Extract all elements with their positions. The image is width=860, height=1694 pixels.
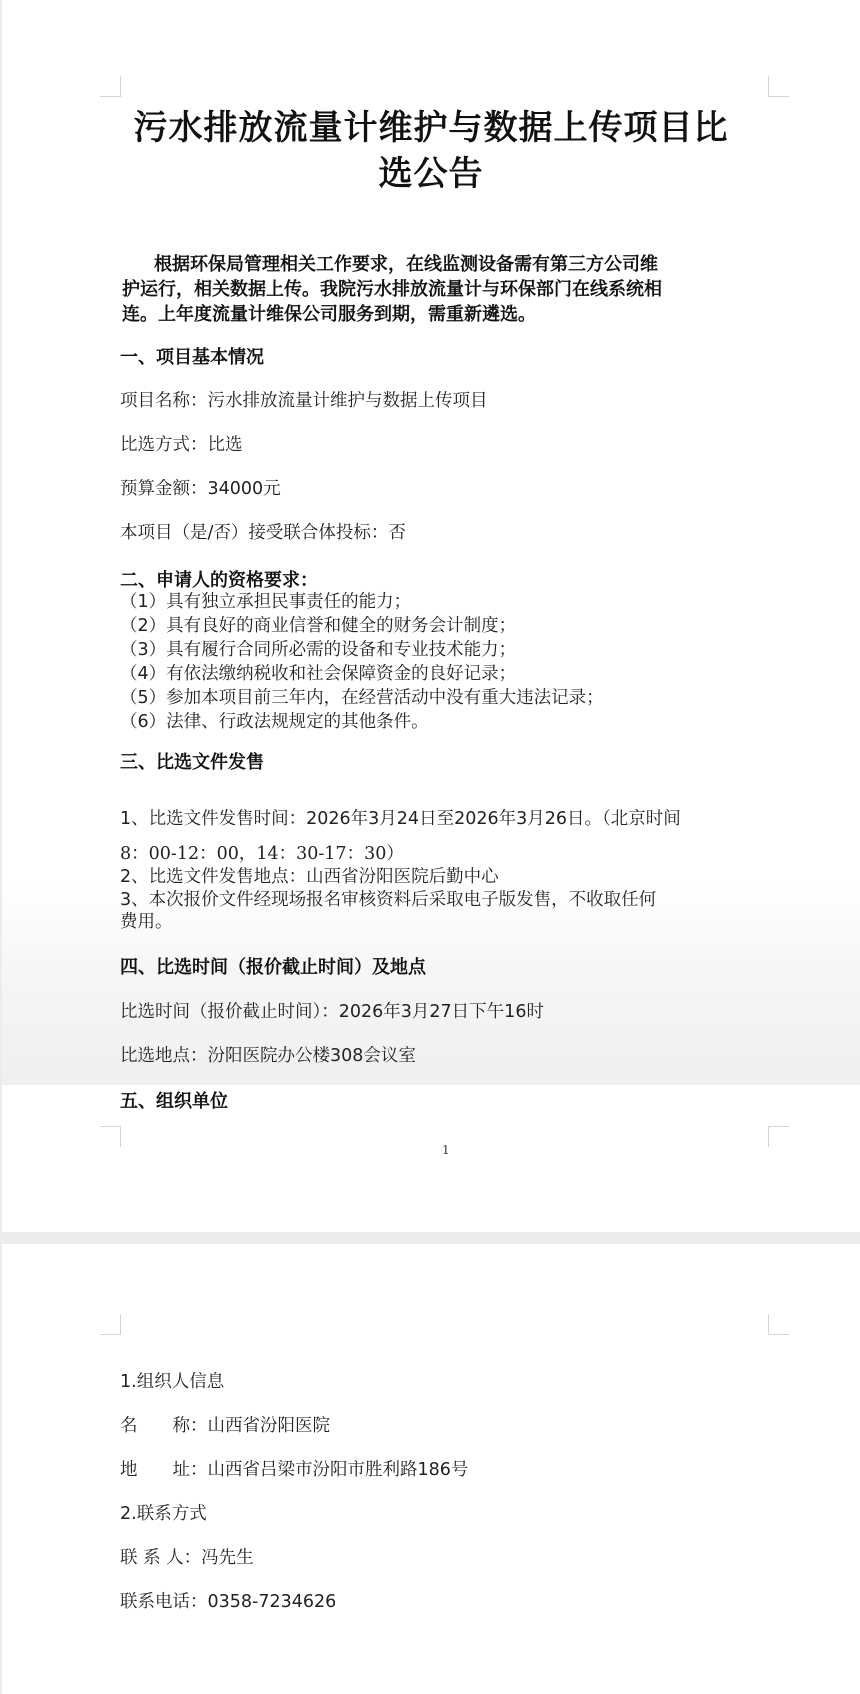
margin-corner-top-right — [768, 1314, 789, 1335]
document-title-line1: 污水排放流量计维护与数据上传项目比 — [2, 100, 860, 149]
selection-time: 比选时间（报价截止时间）：2026年3月27日下午16时 — [120, 998, 544, 1023]
requirement-item: （3）具有履行合同所必需的设备和专业技术能力； — [120, 636, 516, 661]
requirement-item: （2）具有良好的商业信誉和健全的财务会计制度； — [120, 612, 516, 637]
document-page-2: 1.组织人信息 名 称：山西省汾阳医院 地 址：山西省吕梁市汾阳市胜利路186号… — [2, 1244, 860, 1694]
organizer-address: 地 址：山西省吕梁市汾阳市胜利路186号 — [120, 1456, 468, 1481]
section3-heading: 三、比选文件发售 — [120, 748, 264, 774]
requirement-item: （5）参加本项目前三年内，在经营活动中没有重大违法记录； — [120, 684, 604, 709]
margin-corner-top-left — [100, 76, 121, 97]
margin-corner-bottom-left — [100, 1126, 121, 1147]
selection-place: 比选地点：汾阳医院办公楼308会议室 — [120, 1042, 416, 1067]
contact-person: 联 系 人：冯先生 — [120, 1544, 254, 1569]
sale-fee-line2: 费用。 — [120, 908, 173, 933]
section5-heading: 五、组织单位 — [120, 1087, 228, 1113]
sale-time-line1: 1、比选文件发售时间：2026年3月24日至2026年3月26日。（北京时间 — [120, 805, 681, 830]
selection-method: 比选方式：比选 — [120, 431, 243, 456]
requirement-item: （6）法律、行政法规规定的其他条件。 — [120, 708, 429, 733]
section4-heading: 四、比选时间（报价截止时间）及地点 — [120, 953, 426, 979]
margin-corner-bottom-right — [768, 1126, 789, 1147]
organizer-info-heading: 1.组织人信息 — [120, 1368, 224, 1393]
consortium-bidding: 本项目（是/否）接受联合体投标：否 — [120, 519, 406, 544]
budget-amount: 预算金额：34000元 — [120, 475, 281, 500]
contact-phone: 联系电话：0358-7234626 — [120, 1588, 336, 1613]
document-title-line2: 选公告 — [2, 146, 860, 195]
project-name: 项目名称：污水排放流量计维护与数据上传项目 — [120, 387, 488, 412]
sale-location: 2、比选文件发售地点：山西省汾阳医院后勤中心 — [120, 863, 499, 888]
intro-line-2: 护运行，相关数据上传。我院污水排放流量计与环保部门在线系统相 — [122, 277, 762, 302]
section1-heading: 一、项目基本情况 — [120, 343, 264, 369]
document-page-1: 污水排放流量计维护与数据上传项目比 选公告 根据环保局管理相关工作要求，在线监测… — [2, 0, 860, 1232]
contact-heading: 2.联系方式 — [120, 1500, 207, 1525]
requirement-item: （4）有依法缴纳税收和社会保障资金的良好记录； — [120, 660, 516, 685]
sale-time-line2: 8：00-12：00，14：30-17：30） — [120, 840, 404, 865]
intro-line-3: 连。上年度流量计维保公司服务到期，需重新遴选。 — [122, 302, 762, 327]
margin-corner-top-left — [100, 1314, 121, 1335]
page-number: 1 — [442, 1143, 450, 1157]
intro-line-1: 根据环保局管理相关工作要求，在线监测设备需有第三方公司维 — [154, 254, 658, 275]
intro-paragraph: 根据环保局管理相关工作要求，在线监测设备需有第三方公司维 护运行，相关数据上传。… — [122, 252, 762, 327]
margin-corner-top-right — [768, 76, 789, 97]
organizer-name: 名 称：山西省汾阳医院 — [120, 1412, 330, 1437]
requirement-item: （1）具有独立承担民事责任的能力； — [120, 588, 411, 613]
sale-fee-line1: 3、本次报价文件经现场报名审核资料后采取电子版发售，不收取任何 — [120, 886, 656, 911]
